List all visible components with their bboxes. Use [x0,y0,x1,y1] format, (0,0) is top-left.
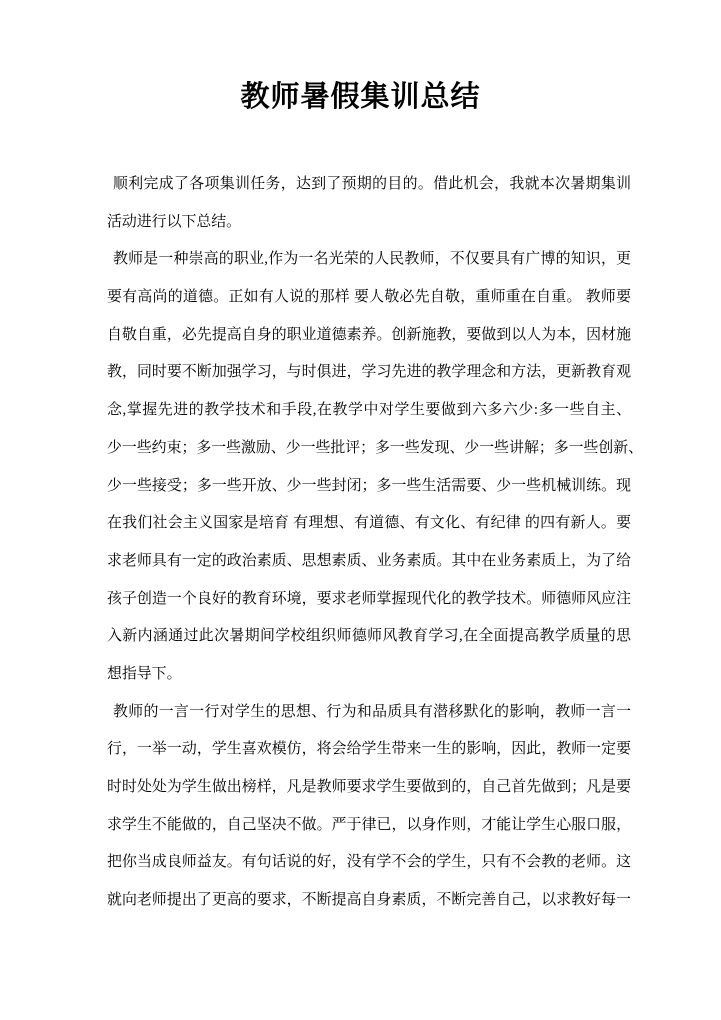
text-line: 把你当成良师益友。有句话说的好，没有学不会的学生，只有不会教的老师。这 [107,844,631,882]
text-line: 求老师具有一定的政治素质、思想素质、业务素质。其中在业务素质上，为了给 [107,543,631,581]
text-line: 在我们社会主义国家是培育 有理想、有道德、有文化、有纪律 的四有新人。要 [107,505,631,543]
text-line: 教师的一言一行对学生的思想、行为和品质具有潜移默化的影响，教师一言一 [107,694,631,732]
text-line: 少一些接受；多一些开放、少一些封闭；多一些生活需要、少一些机械训练。现 [107,468,631,506]
text-line: 时时处处为学生做出榜样，凡是教师要求学生要做到的，自己首先做到；凡是要 [107,769,631,807]
text-line: 教，同时要不断加强学习，与时俱进，学习先进的教学理念和方法，更新教育观 [107,354,631,392]
paragraph: 教师是一种崇高的职业,作为一名光荣的人民教师，不仅要具有广博的知识，更 要有高尚… [107,241,631,693]
text-line: 少一些约束；多一些激励、少一些批评；多一些发现、少一些讲解；多一些创新、 [107,430,631,468]
text-line: 要有高尚的道德。正如有人说的那样 要人敬必先自敬，重师重在自重。 教师要 [107,279,631,317]
text-line: 行，一举一动，学生喜欢模仿，将会给学生带来一生的影响，因此，教师一定要 [107,731,631,769]
document-title: 教师暑假集训总结 [0,80,721,115]
text-line: 活动进行以下总结。 [107,204,631,242]
text-line: 自敬自重，必先提高自身的职业道德素养。创新施教，要做到以人为本，因材施 [107,317,631,355]
text-line: 孩子创造一个良好的教育环境，要求老师掌握现代化的教学技术。师德师风应注 [107,581,631,619]
paragraph: 教师的一言一行对学生的思想、行为和品质具有潜移默化的影响，教师一言一 行，一举一… [107,694,631,920]
text-line: 就向老师提出了更高的要求，不断提高自身素质，不断完善自己，以求教好每一 [107,882,631,920]
text-line: 想指导下。 [107,656,631,694]
text-line: 教师是一种崇高的职业,作为一名光荣的人民教师，不仅要具有广博的知识，更 [107,241,631,279]
text-line: 念,掌握先进的教学技术和手段,在教学中对学生要做到六多六少:多一些自主、 [107,392,631,430]
document-page: 教师暑假集训总结 顺利完成了各项集训任务，达到了预期的目的。借此机会，我就本次暑… [0,0,721,1020]
text-line: 顺利完成了各项集训任务，达到了预期的目的。借此机会，我就本次暑期集训 [107,166,631,204]
text-line: 求学生不能做的，自己坚决不做。严于律已，以身作则，才能让学生心服口服， [107,807,631,845]
paragraph: 顺利完成了各项集训任务，达到了预期的目的。借此机会，我就本次暑期集训 活动进行以… [107,166,631,241]
document-body: 顺利完成了各项集训任务，达到了预期的目的。借此机会，我就本次暑期集训 活动进行以… [107,166,631,920]
text-line: 入新内涵通过此次暑期间学校组织师德师风教育学习,在全面提高教学质量的思 [107,618,631,656]
